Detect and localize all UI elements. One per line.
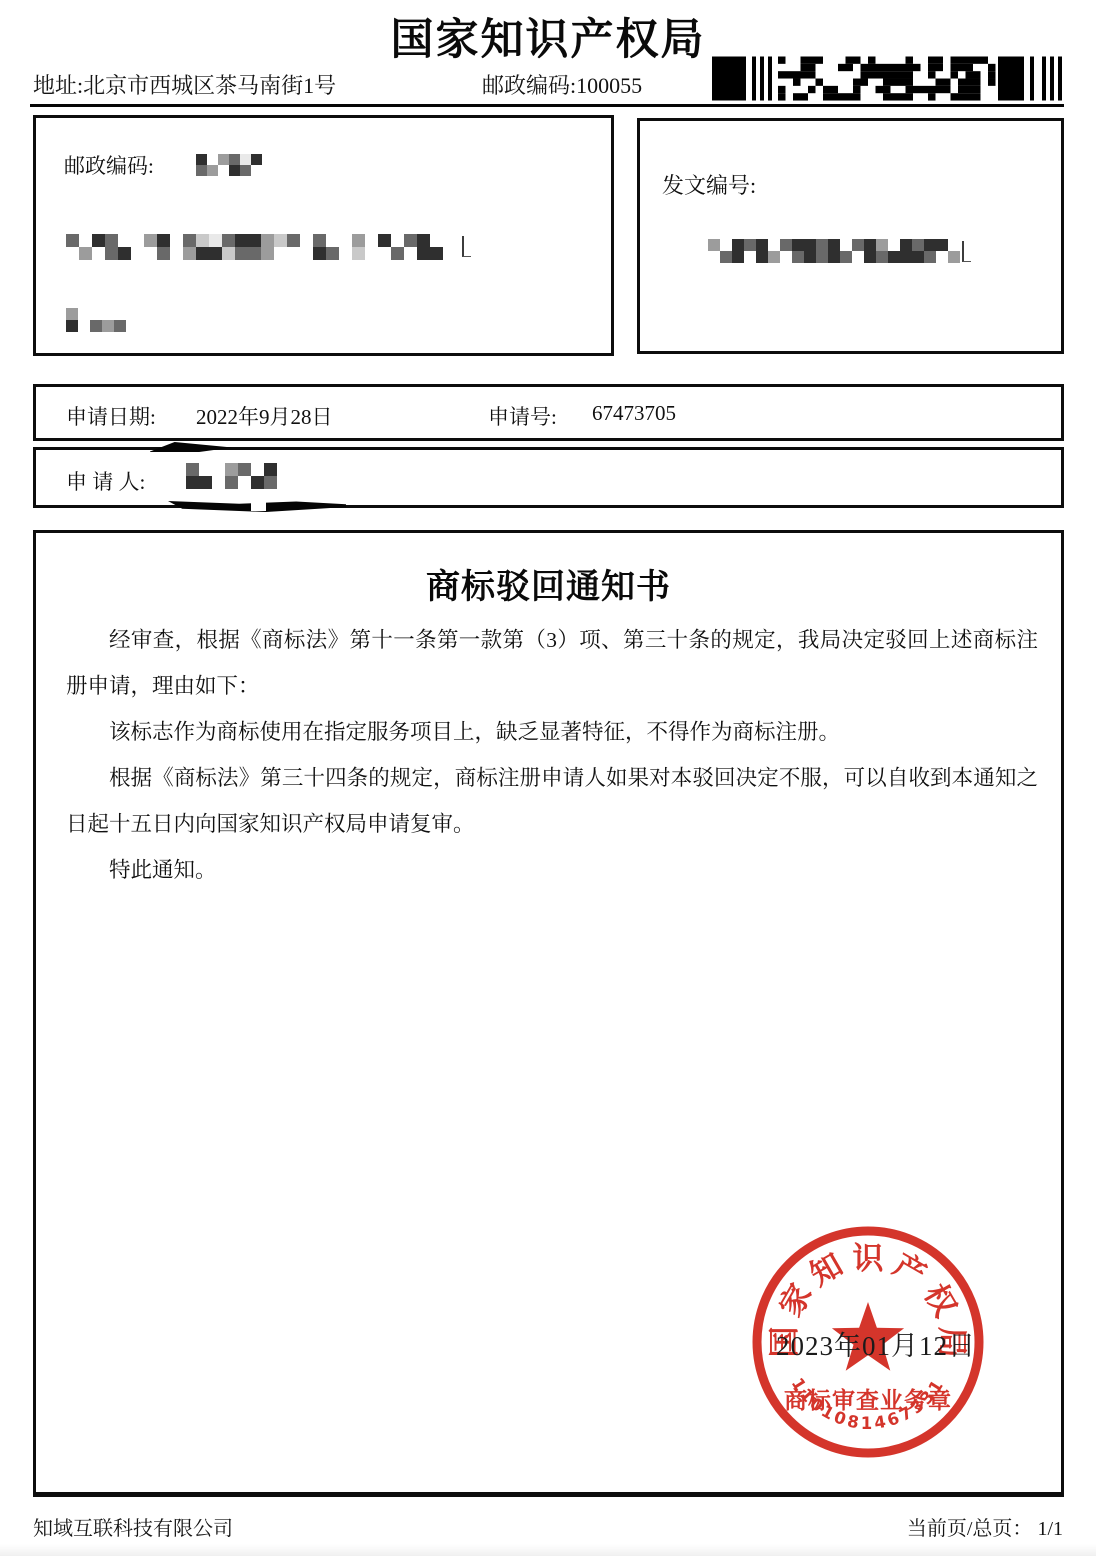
svg-text:家: 家: [773, 1278, 819, 1322]
applicant-label: 申 请 人:: [66, 466, 145, 496]
application-info-box: 申请日期: 2022年9月28日 申请号: 67473705: [33, 384, 1064, 441]
notice-paragraph: 该标志作为商标使用在指定服务项目上，缺乏显著特征，不得作为商标注册。: [66, 709, 1038, 755]
notice-body: 经审查，根据《商标法》第十一条第一款第（3）项、第三十条的规定，我局决定驳回上述…: [66, 617, 1038, 893]
svg-text:知: 知: [804, 1247, 848, 1293]
decision-date: 2023年01月12日: [776, 1324, 976, 1363]
application-number-value: 67473705: [592, 401, 676, 426]
agency-postal-code: 邮政编码:100055: [482, 69, 642, 100]
notice-paragraph: 经审查，根据《商标法》第十一条第一款第（3）项、第三十条的规定，我局决定驳回上述…: [66, 617, 1038, 709]
document-page: 国家知识产权局 地址:北京市西城区茶马南街1号 邮政编码:100055 邮政编码…: [0, 0, 1096, 1556]
dispatch-box: 发文编号:: [637, 118, 1064, 354]
redacted-address: [66, 234, 456, 260]
redacted-postal-code: [196, 154, 262, 176]
redaction-mark: [462, 236, 471, 257]
agent-company-name: 知域互联科技有限公司: [33, 1512, 233, 1541]
dispatch-number-label: 发文编号:: [662, 169, 756, 200]
scan-border-gap: [251, 502, 266, 511]
barcode: [712, 56, 1062, 101]
redacted-applicant-name: [186, 463, 277, 489]
scan-edge-shadow: [0, 1544, 1096, 1556]
page-indicator-label: 当前页/总页：: [907, 1518, 1033, 1540]
svg-text:识: 识: [853, 1241, 885, 1276]
page-indicator: 当前页/总页： 1/1: [907, 1512, 1063, 1541]
recipient-postal-label: 邮政编码:: [64, 150, 154, 180]
recipient-box: 邮政编码:: [33, 115, 614, 356]
redacted-dispatch-number: [708, 239, 960, 263]
svg-text:权: 权: [917, 1278, 963, 1322]
page-indicator-value: 1/1: [1037, 1518, 1063, 1540]
agency-address: 地址:北京市西城区茶马南街1号: [33, 69, 336, 100]
redacted-recipient-name: [66, 308, 126, 332]
application-number-label: 申请号:: [488, 401, 557, 431]
application-date-label: 申请日期:: [66, 401, 156, 431]
redaction-mark: [962, 241, 971, 262]
header-divider: [30, 104, 1064, 107]
notice-paragraph: 根据《商标法》第三十四条的规定，商标注册申请人如果对本驳回决定不服，可以自收到本…: [66, 755, 1038, 847]
notice-title: 商标驳回通知书: [36, 559, 1061, 608]
application-date-value: 2022年9月28日: [196, 401, 333, 431]
svg-text:产: 产: [888, 1247, 932, 1293]
applicant-box: 申 请 人:: [33, 447, 1064, 508]
notice-paragraph: 特此通知。: [66, 847, 1038, 893]
